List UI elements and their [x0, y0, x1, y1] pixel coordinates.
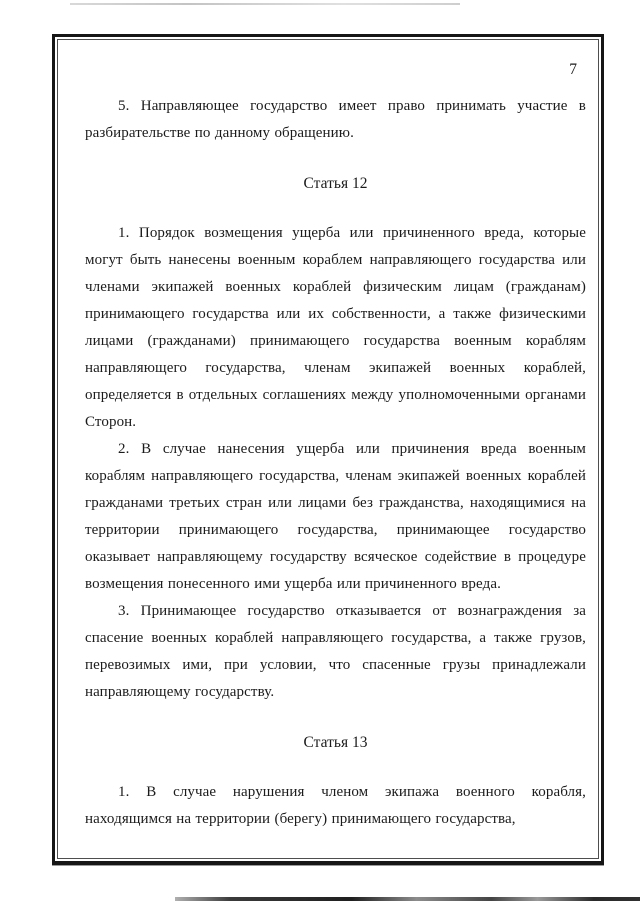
page-number-value: 7 [569, 61, 577, 78]
clause-5-paragraph: 5. Направляющее государство имеет право … [85, 93, 586, 147]
article-12-clause-2-paragraph: 2. В случае нанесения ущерба или причине… [85, 436, 586, 598]
article-13-clause-1-paragraph: 1. В случае нарушения членом экипажа вое… [85, 779, 586, 833]
article-13-heading: Статья 13 [85, 729, 586, 756]
page-number: 7 [85, 60, 586, 80]
article-12-clause-3-paragraph: 3. Принимающее государство отказывается … [85, 598, 586, 706]
scan-artifact-top-streak [70, 3, 460, 5]
page-border-frame: 7 5. Направляющее государство имеет прав… [52, 34, 604, 865]
article-12-heading: Статья 12 [85, 170, 586, 197]
scan-artifact-next-page-edge [175, 897, 640, 901]
article-12-clause-1-paragraph: 1. Порядок возмещения ущерба или причине… [85, 220, 586, 436]
page-border-inner-rule: 7 5. Направляющее государство имеет прав… [57, 39, 599, 859]
